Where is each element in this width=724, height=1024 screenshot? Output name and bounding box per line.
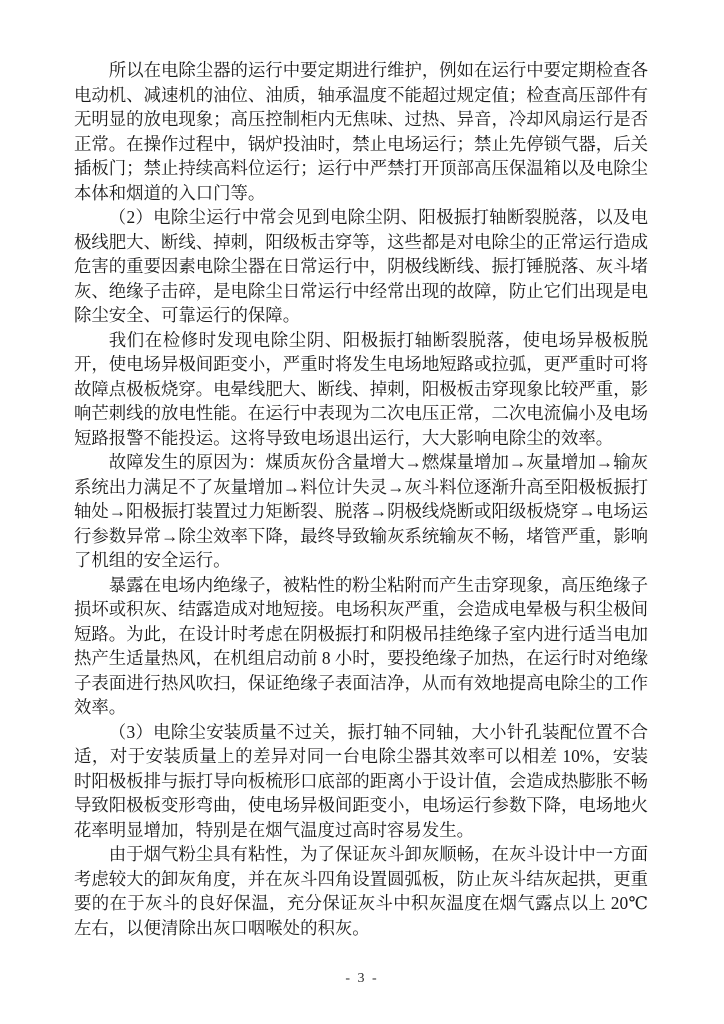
paragraph-ash-hopper-design: 由于烟气粉尘具有粘性，为了保证灰斗卸灰顺畅，在灰斗设计中一方面考虑较大的卸灰角度… (74, 842, 648, 940)
page-number: - 3 - (345, 971, 378, 986)
page-footer: - 3 - (0, 971, 724, 987)
paragraph-insulator-heating: 暴露在电场内绝缘子，被粘性的粉尘粘附而产生击穿现象，高压绝缘子损坏或积灰、结露造… (74, 573, 648, 720)
paragraph-maintenance-routine: 所以在电除尘器的运行中要定期进行维护，例如在运行中要定期检查各电动机、减速机的油… (74, 58, 648, 205)
paragraph-fault-cause-chain: 故障发生的原因为：煤质灰份含量增大→燃煤量增加→灰量增加→输灰系统出力满足不了灰… (74, 450, 648, 573)
paragraph-installation-quality: （3）电除尘安装质量不过关，振打轴不同轴，大小针孔装配位置不合适，对于安装质量上… (74, 720, 648, 843)
document-body: 所以在电除尘器的运行中要定期进行维护，例如在运行中要定期检查各电动机、减速机的油… (74, 58, 648, 940)
paragraph-common-faults: （2）电除尘运行中常会见到电除尘阴、阳极振打轴断裂脱落，以及电极线肥大、断线、掉… (74, 205, 648, 328)
document-page: 所以在电除尘器的运行中要定期进行维护，例如在运行中要定期检查各电动机、减速机的油… (0, 0, 724, 1024)
paragraph-inspection-findings: 我们在检修时发现电除尘阴、阳极振打轴断裂脱落，使电场异极板脱开，使电场异极间距变… (74, 328, 648, 451)
